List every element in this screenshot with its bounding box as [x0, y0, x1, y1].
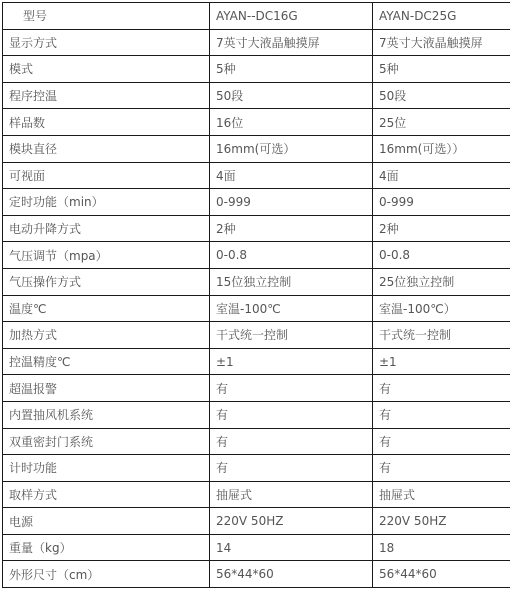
dc16g-value-cell: 56*44*60: [210, 561, 373, 588]
param-name-cell: 取样方式: [3, 481, 210, 508]
dc25g-value-cell: 抽屉式: [373, 481, 510, 508]
dc25g-value-cell: 25位独立控制: [373, 268, 510, 295]
param-name-cell: 加热方式: [3, 322, 210, 349]
dc16g-value-cell: 有: [210, 375, 373, 402]
header-cell-model-dc16g: AYAN--DC16G: [210, 3, 373, 30]
dc16g-value-cell: 50段: [210, 82, 373, 109]
dc25g-value-cell: 有: [373, 428, 510, 455]
table-row: 控温精度℃±1±1: [3, 348, 510, 375]
param-name-cell: 样品数: [3, 109, 210, 136]
dc16g-value-cell: 220V 50HZ: [210, 508, 373, 535]
dc16g-value-cell: 16mm(可选）: [210, 135, 373, 162]
param-name-cell: 外形尺寸（cm）: [3, 561, 210, 588]
dc16g-value-cell: 5种: [210, 56, 373, 83]
dc16g-value-cell: 15位独立控制: [210, 268, 373, 295]
header-cell-param: 型号: [3, 3, 210, 30]
table-row: 定时功能（min）0-9990-999: [3, 189, 510, 216]
param-name-cell: 内置抽风机系统: [3, 401, 210, 428]
dc25g-value-cell: 2种: [373, 215, 510, 242]
dc16g-value-cell: 14: [210, 534, 373, 561]
dc16g-value-cell: 有: [210, 401, 373, 428]
dc25g-value-cell: ±1: [373, 348, 510, 375]
dc25g-value-cell: 有: [373, 375, 510, 402]
param-name-cell: 重量（kg）: [3, 534, 210, 561]
table-row: 温度℃室温-100℃室温-100℃）: [3, 295, 510, 322]
dc16g-value-cell: ±1: [210, 348, 373, 375]
dc16g-value-cell: 室温-100℃: [210, 295, 373, 322]
param-name-cell: 双重密封门系统: [3, 428, 210, 455]
param-name-cell: 可视面: [3, 162, 210, 189]
dc25g-value-cell: 220V 50HZ: [373, 508, 510, 535]
dc25g-value-cell: 室温-100℃）: [373, 295, 510, 322]
table-header-row: 型号 AYAN--DC16G AYAN-DC25G: [3, 3, 510, 30]
dc16g-value-cell: 0-0.8: [210, 242, 373, 269]
dc16g-value-cell: 0-999: [210, 189, 373, 216]
table-row: 电源220V 50HZ220V 50HZ: [3, 508, 510, 535]
table-row: 超温报警有有: [3, 375, 510, 402]
table-row: 模块直径16mm(可选）16mm(可选））: [3, 135, 510, 162]
dc25g-value-cell: 有: [373, 455, 510, 482]
dc25g-value-cell: 0-999: [373, 189, 510, 216]
dc25g-value-cell: 4面: [373, 162, 510, 189]
param-name-cell: 定时功能（min）: [3, 189, 210, 216]
param-name-cell: 程序控温: [3, 82, 210, 109]
param-name-cell: 显示方式: [3, 29, 210, 56]
dc25g-value-cell: 25位: [373, 109, 510, 136]
param-name-cell: 气压操作方式: [3, 268, 210, 295]
dc25g-value-cell: 16mm(可选））: [373, 135, 510, 162]
dc16g-value-cell: 4面: [210, 162, 373, 189]
param-name-cell: 模块直径: [3, 135, 210, 162]
param-name-cell: 温度℃: [3, 295, 210, 322]
dc16g-value-cell: 有: [210, 455, 373, 482]
table-row: 气压操作方式15位独立控制25位独立控制: [3, 268, 510, 295]
table-row: 气压调节（mpa）0-0.80-0.8: [3, 242, 510, 269]
spec-table: 型号 AYAN--DC16G AYAN-DC25G 显示方式7英寸大液晶触摸屏7…: [2, 2, 510, 588]
spec-table-body: 型号 AYAN--DC16G AYAN-DC25G 显示方式7英寸大液晶触摸屏7…: [3, 3, 510, 588]
dc25g-value-cell: 5种: [373, 56, 510, 83]
table-row: 可视面4面4面: [3, 162, 510, 189]
dc25g-value-cell: 干式统一控制: [373, 322, 510, 349]
dc16g-value-cell: 干式统一控制: [210, 322, 373, 349]
dc25g-value-cell: 7英寸大液晶触摸屏: [373, 29, 510, 56]
table-row: 外形尺寸（cm）56*44*6056*44*60: [3, 561, 510, 588]
param-name-cell: 电动升降方式: [3, 215, 210, 242]
table-row: 取样方式抽屉式抽屉式: [3, 481, 510, 508]
dc25g-value-cell: 0-0.8: [373, 242, 510, 269]
table-row: 内置抽风机系统有有: [3, 401, 510, 428]
param-name-cell: 电源: [3, 508, 210, 535]
dc25g-value-cell: 50段: [373, 82, 510, 109]
dc25g-value-cell: 有: [373, 401, 510, 428]
param-name-cell: 计时功能: [3, 455, 210, 482]
param-name-cell: 超温报警: [3, 375, 210, 402]
dc16g-value-cell: 抽屉式: [210, 481, 373, 508]
param-name-cell: 控温精度℃: [3, 348, 210, 375]
dc16g-value-cell: 7英寸大液晶触摸屏: [210, 29, 373, 56]
param-name-cell: 气压调节（mpa）: [3, 242, 210, 269]
dc16g-value-cell: 2种: [210, 215, 373, 242]
dc25g-value-cell: 18: [373, 534, 510, 561]
table-row: 样品数16位25位: [3, 109, 510, 136]
table-row: 计时功能有有: [3, 455, 510, 482]
table-row: 双重密封门系统有有: [3, 428, 510, 455]
dc16g-value-cell: 有: [210, 428, 373, 455]
header-cell-model-dc25g: AYAN-DC25G: [373, 3, 510, 30]
table-row: 模式5种5种: [3, 56, 510, 83]
table-row: 加热方式干式统一控制干式统一控制: [3, 322, 510, 349]
table-row: 重量（kg）1418: [3, 534, 510, 561]
param-name-cell: 模式: [3, 56, 210, 83]
table-row: 程序控温50段50段: [3, 82, 510, 109]
table-row: 电动升降方式2种2种: [3, 215, 510, 242]
dc16g-value-cell: 16位: [210, 109, 373, 136]
table-row: 显示方式7英寸大液晶触摸屏7英寸大液晶触摸屏: [3, 29, 510, 56]
dc25g-value-cell: 56*44*60: [373, 561, 510, 588]
